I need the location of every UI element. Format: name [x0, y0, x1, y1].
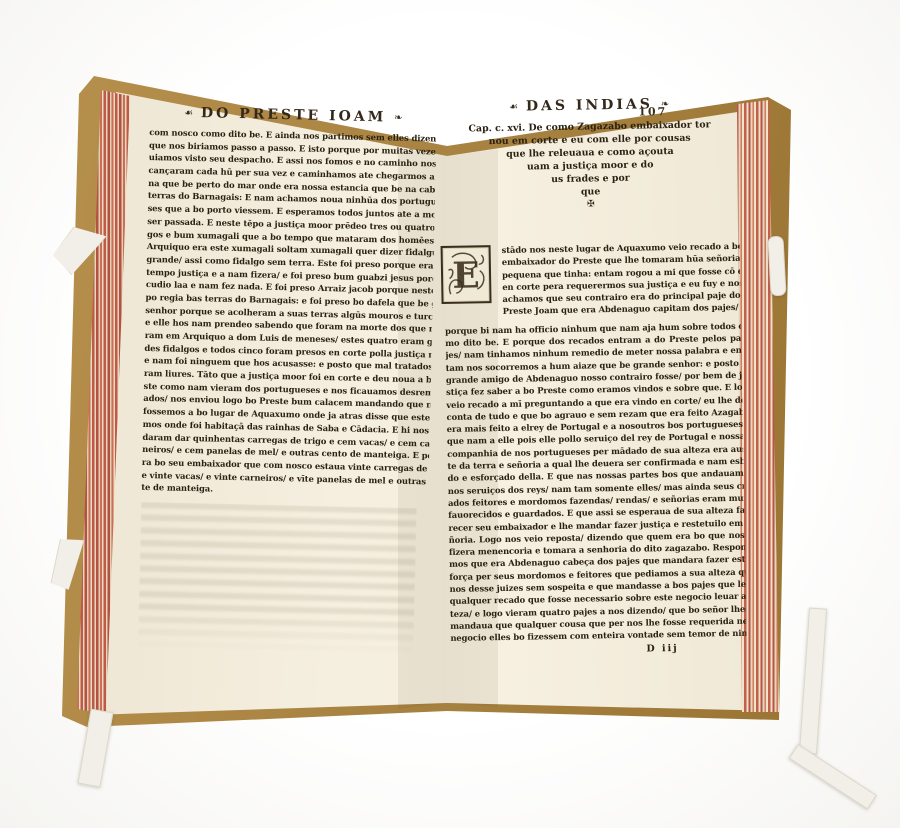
paragraph-full-lines: porque bi nam ha officio ninhum que nam … [445, 320, 747, 645]
ribbon-tie-bottom-right [799, 608, 827, 755]
right-page-paragraph: E stādo nos neste lugar de Aquaxumo veio… [444, 240, 747, 658]
decorated-initial: E [441, 245, 492, 304]
left-running-head: ☙ DO PRESTE IOAM ❧ [150, 104, 437, 127]
left-running-head-title: DO PRESTE IOAM [201, 105, 387, 125]
initial-letter: E [443, 249, 490, 302]
ribbon-tie-bottom-right-end [789, 744, 877, 809]
right-running-head: ☙ DAS INDIAS ❧ [441, 95, 737, 116]
fleuron-right-icon: ❧ [394, 113, 403, 124]
right-page-content: ☙ DAS INDIAS ❧ 107 Cap. c. xvi. De como … [441, 95, 747, 658]
right-running-head-title: DAS INDIAS [526, 96, 653, 114]
left-page-content: ☙ DO PRESTE IOAM ❧ com nosco como dito b… [138, 104, 437, 656]
paragraph-indented-lines: stādo nos neste lugar de Aquaxumo veio r… [502, 240, 741, 318]
left-page-paragraph: com nosco como dito be. E ainda nos part… [141, 126, 436, 500]
fleuron-left-icon: ☙ [509, 102, 518, 113]
chapter-heading: Cap. c. xvi. De como Zagazabo embaixador… [441, 118, 738, 201]
ribbon-tie-right-knot [767, 236, 786, 297]
fleuron-left-icon: ☙ [184, 108, 193, 119]
show-through-text [138, 502, 417, 656]
folio-number: 107 [638, 105, 667, 119]
photo-of-antique-book: ☙ DO PRESTE IOAM ❧ com nosco como dito b… [0, 0, 900, 828]
